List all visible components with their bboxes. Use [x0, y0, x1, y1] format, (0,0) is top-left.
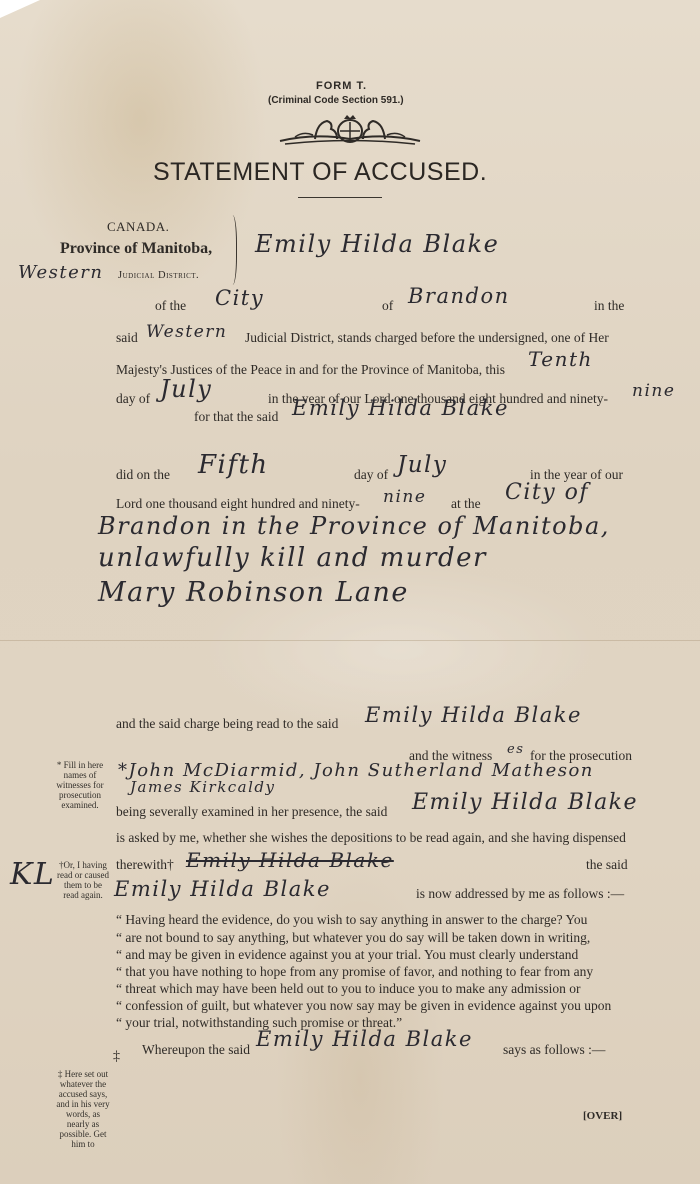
- text-day-of: day of: [116, 391, 150, 407]
- caution-line-2: “ are not bound to say anything, but wha…: [116, 930, 590, 946]
- double-dagger-mark: ‡: [113, 1049, 120, 1065]
- text-did-on-the: did on the: [116, 467, 170, 483]
- district-label: Judicial District.: [118, 270, 199, 281]
- day-ordinal: Tenth: [528, 347, 593, 371]
- torn-corner: [0, 0, 40, 18]
- charge-line-3: Mary Robinson Lane: [98, 577, 409, 608]
- country-label: CANADA.: [107, 219, 169, 235]
- struck-name: Emily Hilda Blake: [186, 848, 394, 872]
- year-suffix: nine: [632, 381, 675, 401]
- district-name: Western: [146, 322, 227, 342]
- accused-name: Emily Hilda Blake: [255, 230, 499, 258]
- charge-intro-text: Judicial District, stands charged before…: [245, 330, 609, 346]
- offence-place: City of: [505, 480, 589, 505]
- code-section: (Criminal Code Section 591.): [268, 95, 404, 106]
- margin-note-witnesses: * Fill in here names of witnesses for pr…: [55, 760, 105, 810]
- therewith-text: therewith†: [116, 857, 174, 873]
- charge-line-1: Brandon in the Province of Manitoba,: [98, 512, 610, 540]
- charge-line-2: unlawfully kill and murder: [98, 543, 487, 573]
- text-day-of-2: day of: [354, 467, 388, 483]
- offence-month: July: [397, 452, 447, 478]
- text-of-the: of the: [155, 298, 186, 314]
- text-said: said: [116, 330, 138, 346]
- witness-names-line-2: James Kirkcaldy: [130, 778, 276, 796]
- accused-name-6: Emily Hilda Blake: [256, 1027, 473, 1051]
- lord-text: Lord one thousand eight hundred and nine…: [116, 496, 360, 512]
- form-label: FORM T.: [316, 80, 367, 92]
- over-label: [OVER]: [583, 1110, 622, 1122]
- for-that-text: for that the said: [194, 409, 278, 425]
- page-title: STATEMENT OF ACCUSED.: [153, 158, 487, 187]
- caution-line-4: “ that you have nothing to hope from any…: [116, 964, 593, 980]
- witness-suffix: es: [507, 742, 524, 757]
- text-of: of: [382, 298, 393, 314]
- document-page: FORM T. (Criminal Code Section 591.) STA…: [0, 0, 700, 1184]
- accused-name-2: Emily Hilda Blake: [292, 396, 509, 420]
- title-underline: [298, 197, 382, 198]
- fold-crease: [0, 640, 700, 641]
- depositions-text: is asked by me, whether she wishes the d…: [116, 830, 626, 846]
- place-name: Brandon: [408, 284, 510, 308]
- margin-note-set-out: ‡ Here set out whatever the accused says…: [55, 1069, 111, 1149]
- charge-read-text: and the said charge being read to the sa…: [116, 716, 338, 732]
- caution-line-5: “ threat which may have been held out to…: [116, 981, 581, 997]
- accused-name-4: Emily Hilda Blake: [412, 790, 638, 815]
- caution-line-6: “ confession of guilt, but whatever you …: [116, 998, 611, 1014]
- caution-line-3: “ and may be given in evidence against y…: [116, 947, 578, 963]
- initials-mark: KL: [10, 857, 55, 892]
- coat-of-arms-icon: [275, 113, 425, 147]
- month: July: [160, 375, 212, 403]
- text-at-the: at the: [451, 496, 481, 512]
- offence-day: Fifth: [198, 450, 269, 480]
- addressed-text: is now addressed by me as follows :—: [416, 886, 624, 902]
- district-handwritten: Western: [18, 262, 104, 283]
- whereupon-text: Whereupon the said: [142, 1042, 250, 1058]
- accused-name-5: Emily Hilda Blake: [114, 877, 331, 901]
- province-label: Province of Manitoba,: [60, 240, 212, 258]
- margin-note-read-again: †Or, I having read or caused them to be …: [56, 860, 110, 900]
- examined-text: being severally examined in her presence…: [116, 804, 387, 820]
- place-type: City: [215, 286, 264, 310]
- brace: [226, 215, 237, 285]
- caution-line-1: “ Having heard the evidence, do you wish…: [116, 912, 587, 928]
- accused-name-3: Emily Hilda Blake: [365, 703, 582, 727]
- says-as-follows-text: says as follows :—: [503, 1042, 605, 1058]
- text-the-said: the said: [586, 857, 628, 873]
- offence-year-suffix: nine: [383, 487, 426, 507]
- text-in-the: in the: [594, 298, 624, 314]
